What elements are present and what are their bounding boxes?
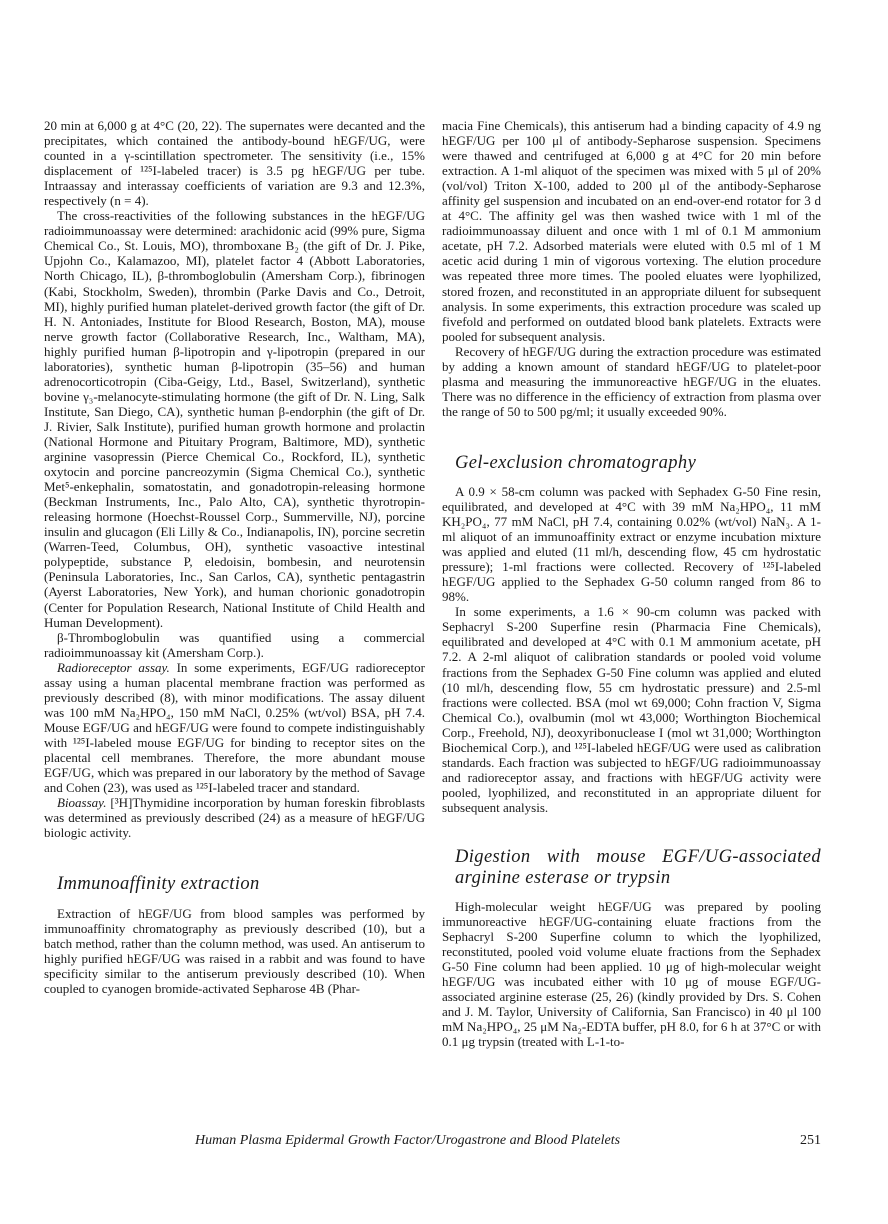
run-in-heading-radioreceptor: Radioreceptor assay. [57,660,170,675]
paragraph-recovery: Recovery of hEGF/UG during the extractio… [442,344,821,419]
page-number: 251 [800,1133,821,1149]
paragraph-immunoaffinity: Extraction of hEGF/UG from blood samples… [44,906,425,996]
section-heading-gel-exclusion: Gel-exclusion chromatography [442,453,821,474]
run-in-heading-bioassay: Bioassay. [57,795,106,810]
paragraph-cross-reactivities: The cross-reactivities of the following … [44,208,425,629]
radioreceptor-text: In some experiments, EGF/UG radiorecepto… [44,660,425,795]
paragraph-radioreceptor-assay: Radioreceptor assay. In some experiments… [44,660,425,795]
paragraph-sephacryl-column: In some experiments, a 1.6 × 90-cm colum… [442,604,821,815]
paragraph-thromboglobulin: β-Thromboglobulin was quantified using a… [44,630,425,660]
left-column: 20 min at 6,000 g at 4°C (20, 22). The s… [44,118,425,997]
paragraph-antiserum-continuation: macia Fine Chemicals), this antiserum ha… [442,118,821,344]
paragraph-sephadex-column: A 0.9 × 58-cm column was packed with Sep… [442,484,821,604]
running-title: Human Plasma Epidermal Growth Factor/Uro… [195,1133,620,1148]
paragraph-bioassay: Bioassay. [³H]Thymidine incorporation by… [44,795,425,840]
paragraph-digestion: High-molecular weight hEGF/UG was prepar… [442,899,821,1049]
right-column: macia Fine Chemicals), this antiserum ha… [442,118,821,1049]
paragraph-ria-continuation: 20 min at 6,000 g at 4°C (20, 22). The s… [44,118,425,208]
section-heading-digestion: Digestion with mouse EGF/UG-associated a… [442,847,821,889]
section-heading-immunoaffinity: Immunoaffinity extraction [44,874,425,895]
page-footer: Human Plasma Epidermal Growth Factor/Uro… [195,1133,821,1149]
